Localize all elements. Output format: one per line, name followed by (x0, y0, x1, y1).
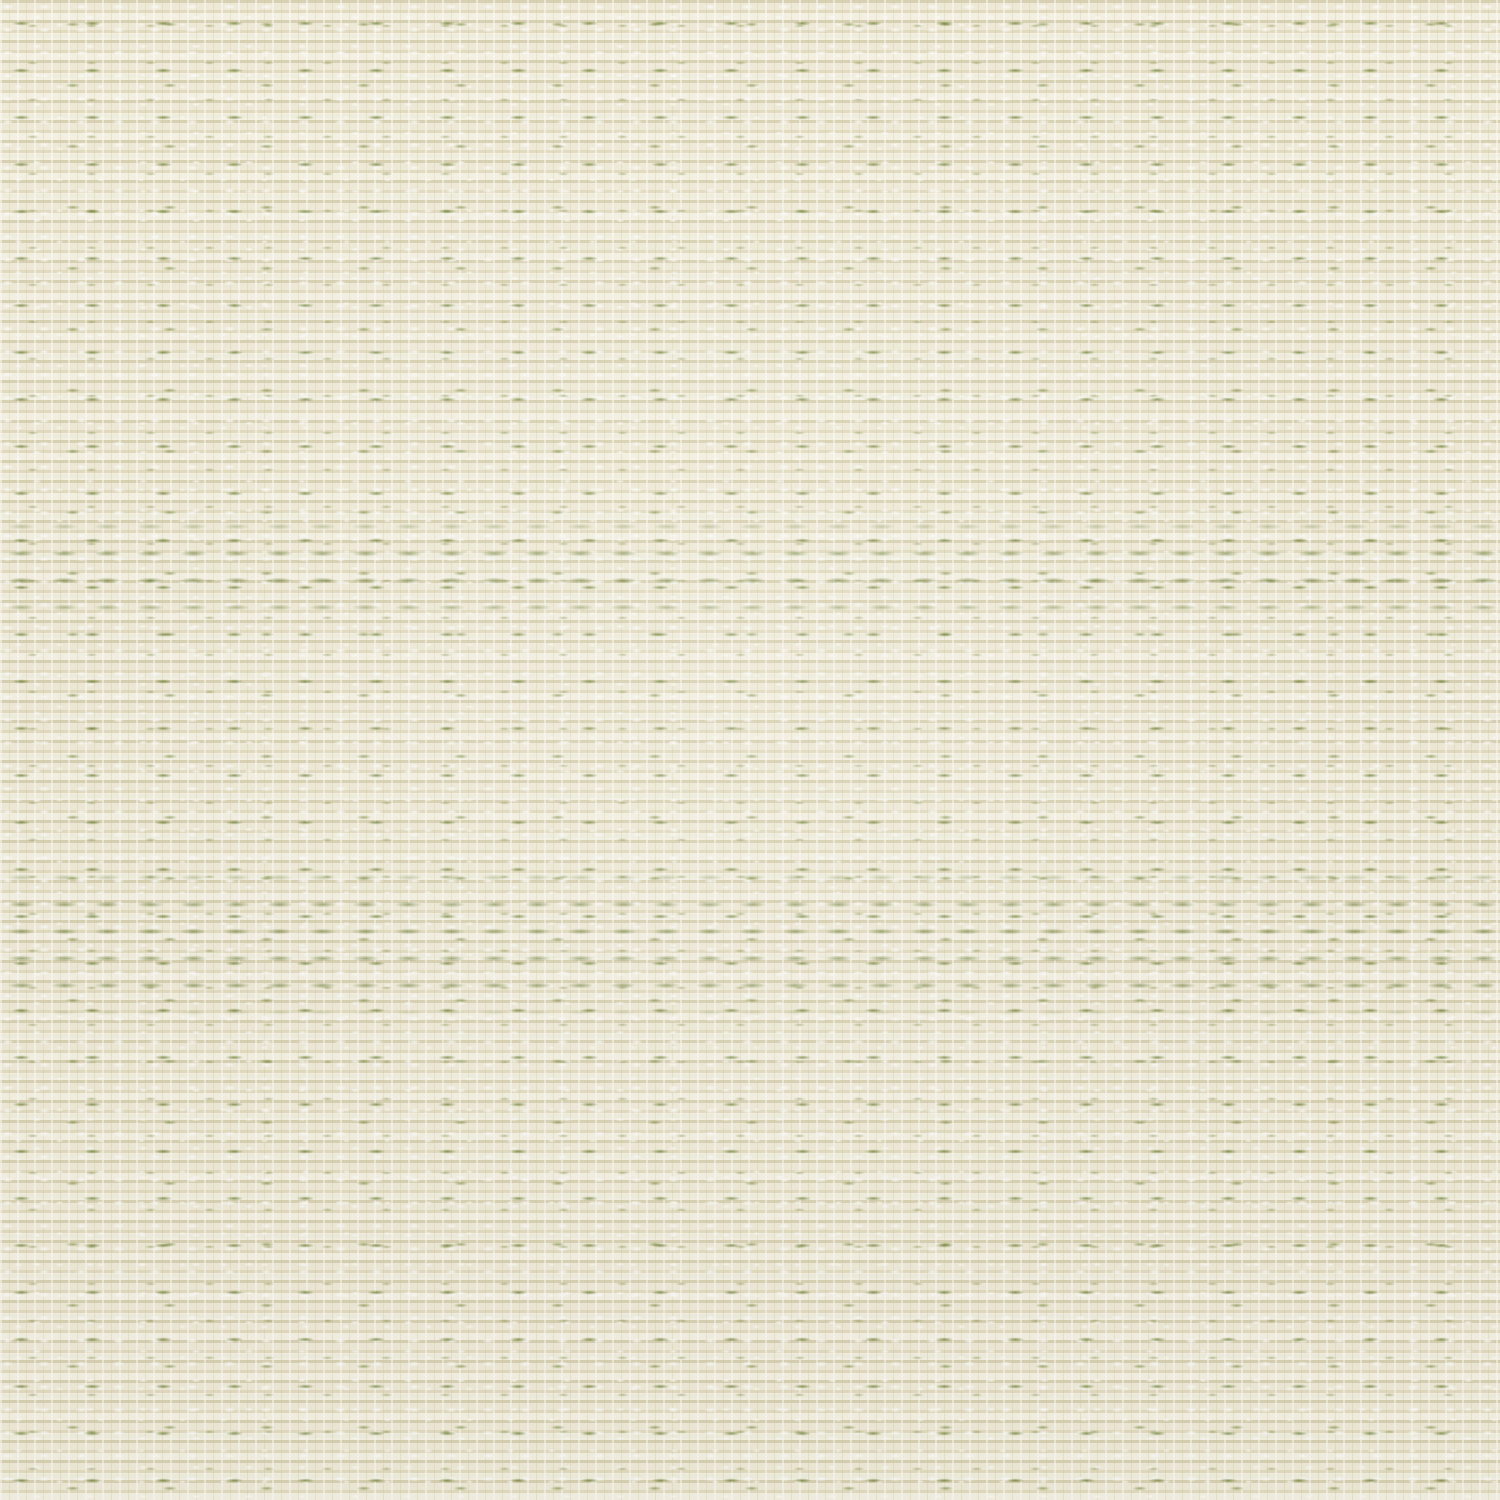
boucle-nubs-overlay (0, 0, 1500, 1500)
olive-streak-overlay (0, 0, 1500, 1500)
fabric-texture-photo: Close-up of woven boucle tweed fabric, c… (0, 0, 1500, 1500)
lighting-overlay (0, 0, 1500, 1500)
image-description: Close-up of woven boucle tweed fabric, c… (0, 0, 1, 1)
olive-fleck-overlay (0, 0, 1500, 1500)
